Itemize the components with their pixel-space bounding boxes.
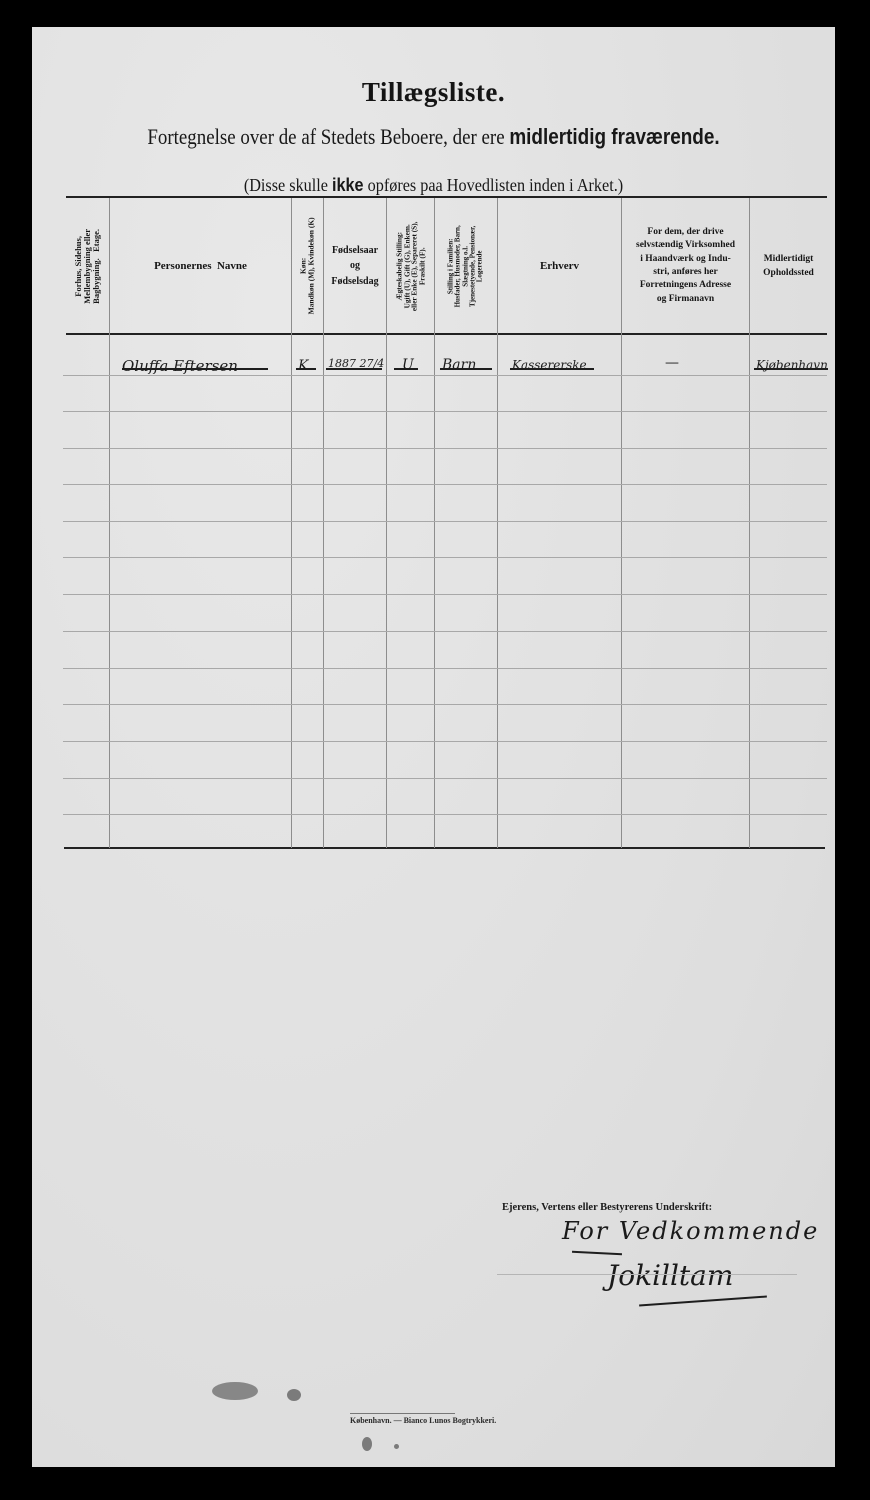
header-marital: Ægteskabelig Stilling: Ugift (U), Gift (… (387, 199, 434, 333)
form-note: (Disse skulle ikke opføres paa Hovedlist… (72, 175, 795, 196)
signature-flourish (639, 1296, 767, 1307)
header-building-label: Forhus, Sidehus, Mellembygning eller Bag… (74, 229, 101, 304)
ink-smudge (212, 1382, 258, 1400)
header-marital-label: Ægteskabelig Stilling: Ugift (U), Gift (… (395, 221, 426, 311)
header-residence-label: Midlertidigt Opholdssted (763, 252, 814, 281)
ink-smudge (394, 1444, 399, 1449)
header-sex-label: Køn: Mandkøn (M), Kvindekøn (K) (300, 217, 316, 314)
header-birth: Fødselsaar og Fødselsdag (324, 199, 386, 333)
cell-family: Barn (442, 357, 476, 373)
row-divider (63, 375, 827, 376)
row-divider (63, 668, 827, 669)
row-divider (63, 741, 827, 742)
subtitle-text: Fortegnelse over de af Stedets Beboere, … (147, 124, 509, 149)
strike-through (296, 368, 316, 370)
printer-imprint: København. — Bianco Lunos Bogtrykkeri. (350, 1413, 455, 1425)
strike-through (326, 368, 382, 370)
header-bottom-rule (66, 333, 827, 335)
header-business-label: For dem, der drive selvstændig Virksomhe… (636, 226, 735, 306)
strike-through (122, 368, 268, 370)
note-text-pre: (Disse skulle (244, 175, 332, 195)
row-divider (63, 631, 827, 632)
header-residence: Midlertidigt Opholdssted (750, 199, 827, 333)
row-divider (63, 814, 827, 815)
cell-residence: Kjøbenhavn (756, 358, 828, 372)
subtitle-emphasis: midlertidig fraværende. (509, 124, 719, 149)
header-birth-label: Fødselsaar og Fødselsdag (331, 243, 378, 290)
row-divider (63, 521, 827, 522)
row-divider (63, 594, 827, 595)
header-family-label: Stilling i Familien: Husfader, Husmoder,… (448, 225, 485, 307)
cell-sex: K (298, 358, 308, 374)
row-divider (63, 704, 827, 705)
form-subtitle: Fortegnelse over de af Stedets Beboere, … (88, 124, 779, 150)
header-sex: Køn: Mandkøn (M), Kvindekøn (K) (292, 199, 323, 333)
ink-smudge (287, 1389, 301, 1401)
strike-through (440, 368, 492, 370)
cell-business: — (665, 355, 679, 371)
strike-through (754, 368, 828, 370)
row-divider (63, 557, 827, 558)
form-title: Tillægsliste. (32, 77, 835, 108)
signature-label: Ejerens, Vertens eller Bestyrerens Under… (502, 1202, 712, 1213)
signature-flourish (572, 1251, 622, 1256)
note-text-post: opføres paa Hovedlisten inden i Arket.) (364, 175, 624, 195)
header-name: Personernes Navne (110, 199, 291, 333)
table-top-rule (66, 196, 827, 198)
cell-marital: U (402, 357, 414, 373)
header-name-label: Personernes Navne (154, 260, 247, 272)
header-building: Forhus, Sidehus, Mellembygning eller Bag… (66, 199, 109, 333)
row-divider (63, 411, 827, 412)
header-occupation: Erhverv (498, 199, 621, 333)
row-divider (63, 778, 827, 779)
header-family: Stilling i Familien: Husfader, Husmoder,… (435, 199, 497, 333)
signature-line-1: For Vedkommende (562, 1217, 819, 1245)
row-divider (63, 448, 827, 449)
row-divider (63, 484, 827, 485)
note-emphasis: ikke (332, 175, 364, 195)
cell-name: Oluffa Eftersen (122, 357, 238, 375)
signature-baseline (497, 1274, 797, 1275)
cell-occupation: Kassererske (512, 358, 587, 372)
signature-line-2: Jokilltam (607, 1259, 733, 1292)
ink-smudge (362, 1437, 372, 1451)
census-form-page: Tillægsliste. Fortegnelse over de af Ste… (32, 27, 835, 1467)
strike-through (394, 368, 418, 370)
header-business: For dem, der drive selvstændig Virksomhe… (622, 199, 749, 333)
table-bottom-rule (64, 847, 825, 849)
header-occupation-label: Erhverv (540, 260, 579, 272)
strike-through (510, 368, 594, 370)
